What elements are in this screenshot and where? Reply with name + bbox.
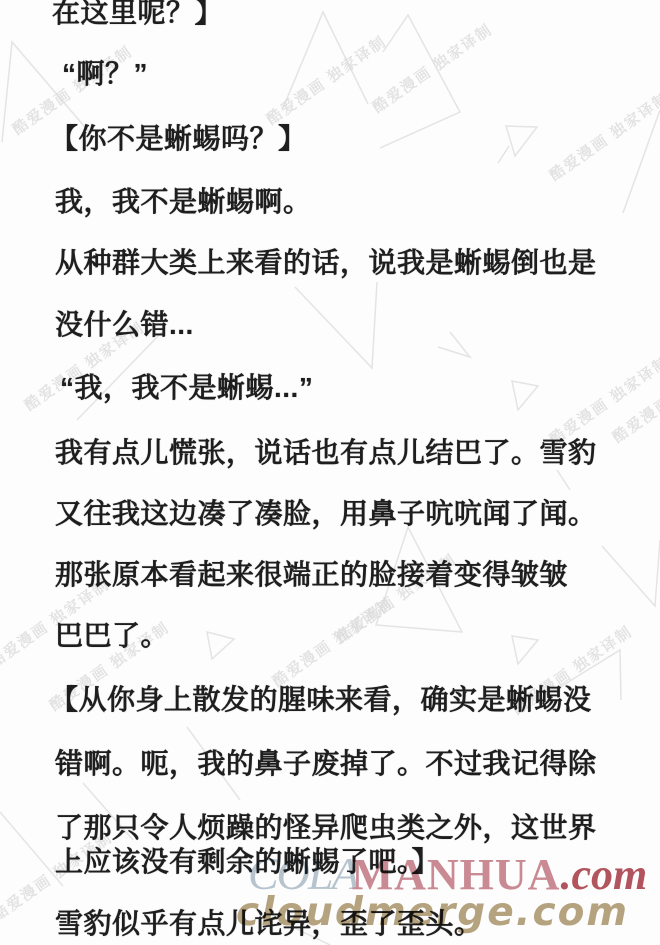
story-line: 我有点儿慌张，说话也有点儿结巴了。雪豹 (55, 431, 597, 471)
story-line: 又往我这边凑了凑脸，用鼻子吭吭闻了闻。 (55, 492, 597, 532)
story-line: 没什么错... (55, 303, 194, 343)
story-line: 巴巴了。 (55, 614, 169, 654)
story-line: 我，我不是蜥蜴啊。 (55, 180, 312, 220)
comic-text-page: 酷爱漫画 独家译制 酷爱漫画 独家译制 酷爱漫画 独家译制 酷爱漫画 独家译制 … (0, 0, 660, 945)
story-line: 在这里呢？】 (52, 0, 223, 31)
story-line: 【你不是蜥蜴吗？】 (50, 117, 307, 157)
story-line: 【从你身上散发的腥味来看，确实是蜥蜴没 (50, 678, 592, 718)
story-line: “啊？” (62, 52, 148, 92)
story-line: 那张原本看起来很端正的脸接着变得皱皱 (55, 553, 568, 593)
story-line: 错啊。呃，我的鼻子废掉了。不过我记得除 (55, 742, 597, 782)
watermark-cloudmerge: cloudmerge.com (236, 893, 629, 932)
story-line: “我，我不是蜥蜴...” (60, 366, 313, 406)
story-line: 从种群大类上来看的话，说我是蜥蜴倒也是 (55, 241, 597, 281)
